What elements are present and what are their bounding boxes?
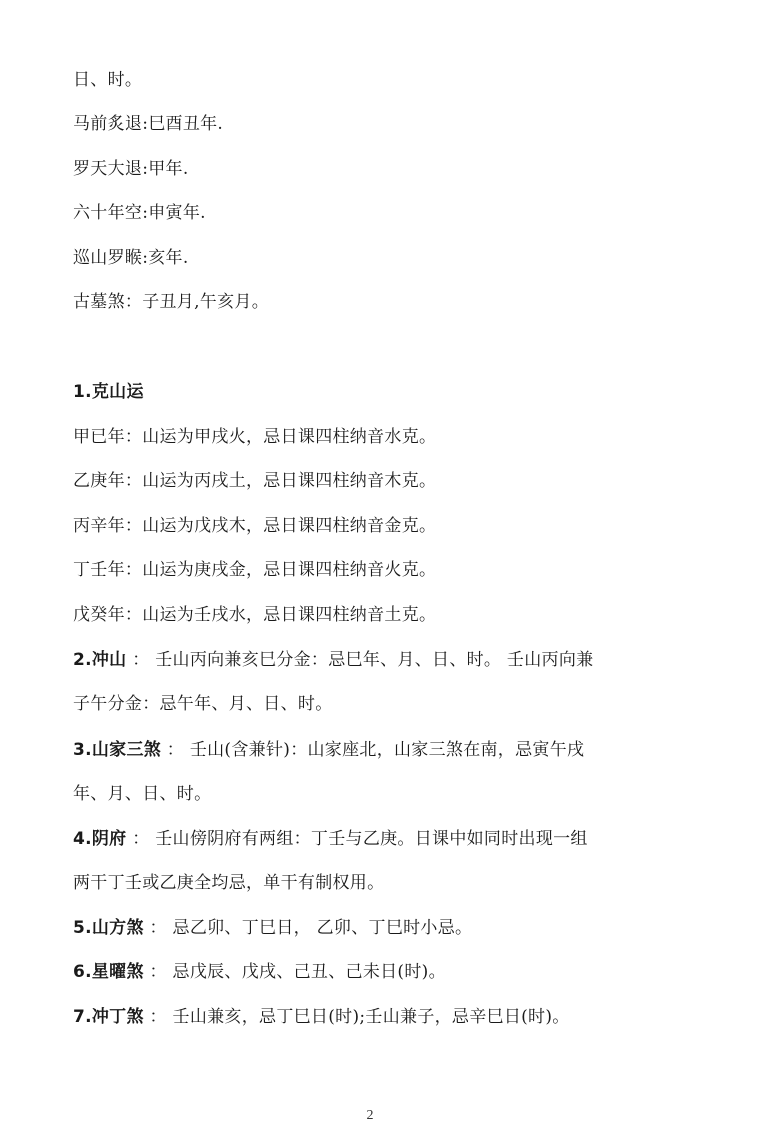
text-line: 戊癸年：山运为壬戌水，忌日课四柱纳音土克。: [73, 603, 436, 627]
text-line: 丁壬年：山运为庚戌金，忌日课四柱纳音火克。: [73, 558, 436, 582]
item-label: 2.冲山: [73, 650, 127, 670]
item-6: 6.星曜煞 ： 忌戊辰、戊戌、己丑、己未日(时)。: [73, 960, 446, 984]
text-line: 古墓煞：子丑月,午亥月。: [73, 290, 269, 314]
text-line: 丙辛年：山运为戊戌木，忌日课四柱纳音金克。: [73, 514, 436, 538]
item-2: 2.冲山 ： 壬山丙向兼亥巳分金：忌巳年、月、日、时。 壬山丙向兼: [73, 648, 593, 672]
item-separator: ：: [127, 650, 150, 670]
item-label: 4.阴府: [73, 829, 127, 849]
item-label: 7.冲丁煞: [73, 1007, 144, 1027]
item-text: 壬山丙向兼亥巳分金：忌巳年、月、日、时。 壬山丙向兼: [155, 650, 593, 670]
text-line: 六十年空:申寅年.: [73, 201, 206, 225]
item-text: 壬山(含兼针)：山家座北，山家三煞在南，忌寅午戌: [190, 740, 584, 760]
item-text: 忌戊辰、戊戌、己丑、己未日(时)。: [173, 962, 446, 982]
section-heading: 1.克山运: [73, 380, 144, 404]
item-separator: ：: [144, 918, 167, 938]
item-separator: ：: [144, 1007, 167, 1027]
text-line: 子午分金：忌午年、月、日、时。: [73, 692, 333, 716]
item-separator: ：: [161, 740, 184, 760]
item-4: 4.阴府 ： 壬山傍阴府有两组：丁壬与乙庚。日课中如同时出现一组: [73, 827, 588, 851]
item-label: 5.山方煞: [73, 918, 144, 938]
item-3: 3.山家三煞 ： 壬山(含兼针)：山家座北，山家三煞在南，忌寅午戌: [73, 738, 584, 762]
text-line: 甲已年：山运为甲戌火，忌日课四柱纳音水克。: [73, 425, 436, 449]
page-number: 2: [0, 1108, 740, 1124]
text-line: 罗天大退:甲年.: [73, 157, 189, 181]
item-separator: ：: [127, 829, 150, 849]
item-label: 6.星曜煞: [73, 962, 144, 982]
item-5: 5.山方煞 ： 忌乙卯、丁巳日， 乙卯、丁巳时小忌。: [73, 916, 472, 940]
item-7: 7.冲丁煞 ： 壬山兼亥，忌丁巳日(时);壬山兼子，忌辛巳日(时)。: [73, 1005, 570, 1029]
text-line: 年、月、日、时。: [73, 782, 211, 806]
item-text: 壬山兼亥，忌丁巳日(时);壬山兼子，忌辛巳日(时)。: [173, 1007, 570, 1027]
text-line: 马前炙退:巳酉丑年.: [73, 112, 223, 136]
item-text: 忌乙卯、丁巳日， 乙卯、丁巳时小忌。: [173, 918, 473, 938]
document-page: 日、时。 马前炙退:巳酉丑年. 罗天大退:甲年. 六十年空:申寅年. 巡山罗睺:…: [0, 0, 784, 1138]
text-line: 乙庚年：山运为丙戌土，忌日课四柱纳音木克。: [73, 469, 436, 493]
text-line: 日、时。: [73, 68, 142, 92]
item-text: 壬山傍阴府有两组：丁壬与乙庚。日课中如同时出现一组: [155, 829, 588, 849]
text-line: 巡山罗睺:亥年.: [73, 246, 189, 270]
item-separator: ：: [144, 962, 167, 982]
item-label: 3.山家三煞: [73, 740, 161, 760]
text-line: 两干丁壬或乙庚全均忌，单干有制权用。: [73, 871, 384, 895]
